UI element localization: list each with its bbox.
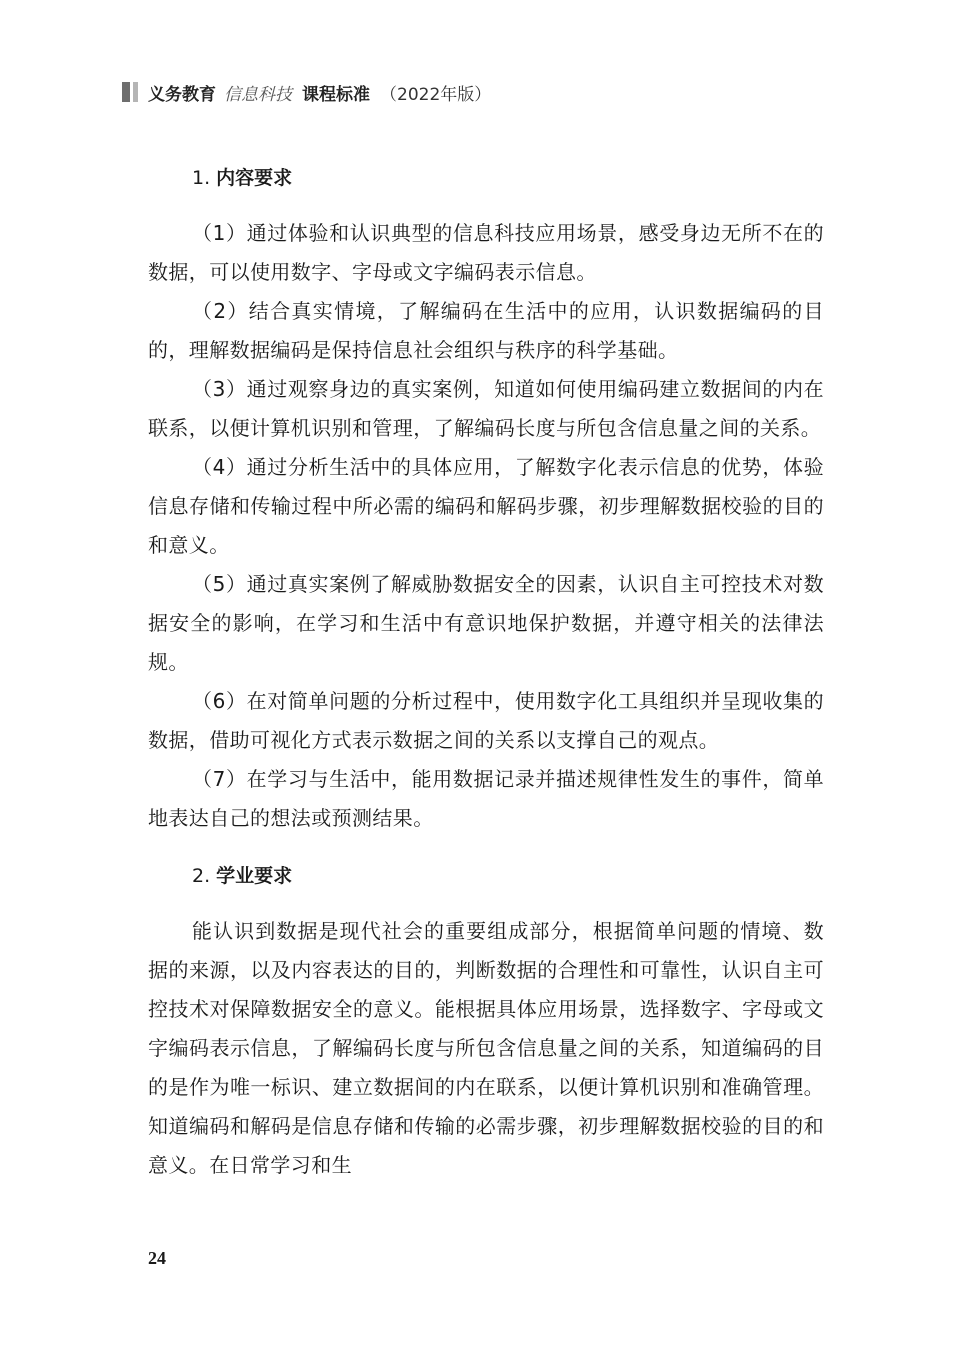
section-title-text: 学业要求 [216, 865, 292, 887]
section-number: 1. [192, 167, 210, 189]
paragraph-4: （4）通过分析生活中的具体应用，了解数字化表示信息的优势，体验信息存储和传输过程… [148, 448, 824, 565]
section-title-text: 内容要求 [216, 167, 292, 189]
page-body: 1.内容要求 （1）通过体验和认识典型的信息科技应用场景，感受身边无所不在的数据… [148, 158, 824, 1185]
paragraph-2: （2）结合真实情境，了解编码在生活中的应用，认识数据编码的目的，理解数据编码是保… [148, 292, 824, 370]
header-doc-type: 课程标准 [302, 80, 370, 105]
paragraph-3: （3）通过观察身边的真实案例，知道如何使用编码建立数据间的内在联系，以便计算机识… [148, 370, 824, 448]
header-bar-dark [122, 82, 130, 102]
header-bars-icon [122, 82, 138, 102]
section-heading: 1.内容要求 [148, 158, 824, 198]
paragraph-7: （7）在学习与生活中，能用数据记录并描述规律性发生的事件，简单地表达自己的想法或… [148, 760, 824, 838]
paragraph-1: （1）通过体验和认识典型的信息科技应用场景，感受身边无所不在的数据，可以使用数字… [148, 214, 824, 292]
header-edition: （2022年版） [380, 80, 491, 105]
header-bar-light [133, 82, 138, 102]
section-content-requirements: 1.内容要求 （1）通过体验和认识典型的信息科技应用场景，感受身边无所不在的数据… [148, 158, 824, 838]
page-number: 24 [148, 1248, 166, 1269]
paragraph-6: （6）在对简单问题的分析过程中，使用数字化工具组织并呈现收集的数据，借助可视化方… [148, 682, 824, 760]
paragraph-academic: 能认识到数据是现代社会的重要组成部分，根据简单问题的情境、数据的来源，以及内容表… [148, 912, 824, 1185]
section-academic-requirements: 2.学业要求 能认识到数据是现代社会的重要组成部分，根据简单问题的情境、数据的来… [148, 856, 824, 1185]
running-header: 义务教育 信息科技 课程标准 （2022年版） [122, 80, 491, 104]
section-number: 2. [192, 865, 210, 887]
section-heading: 2.学业要求 [148, 856, 824, 896]
header-series: 义务教育 [148, 80, 216, 105]
header-subject: 信息科技 [224, 80, 292, 105]
paragraph-5: （5）通过真实案例了解威胁数据安全的因素，认识自主可控技术对数据安全的影响，在学… [148, 565, 824, 682]
